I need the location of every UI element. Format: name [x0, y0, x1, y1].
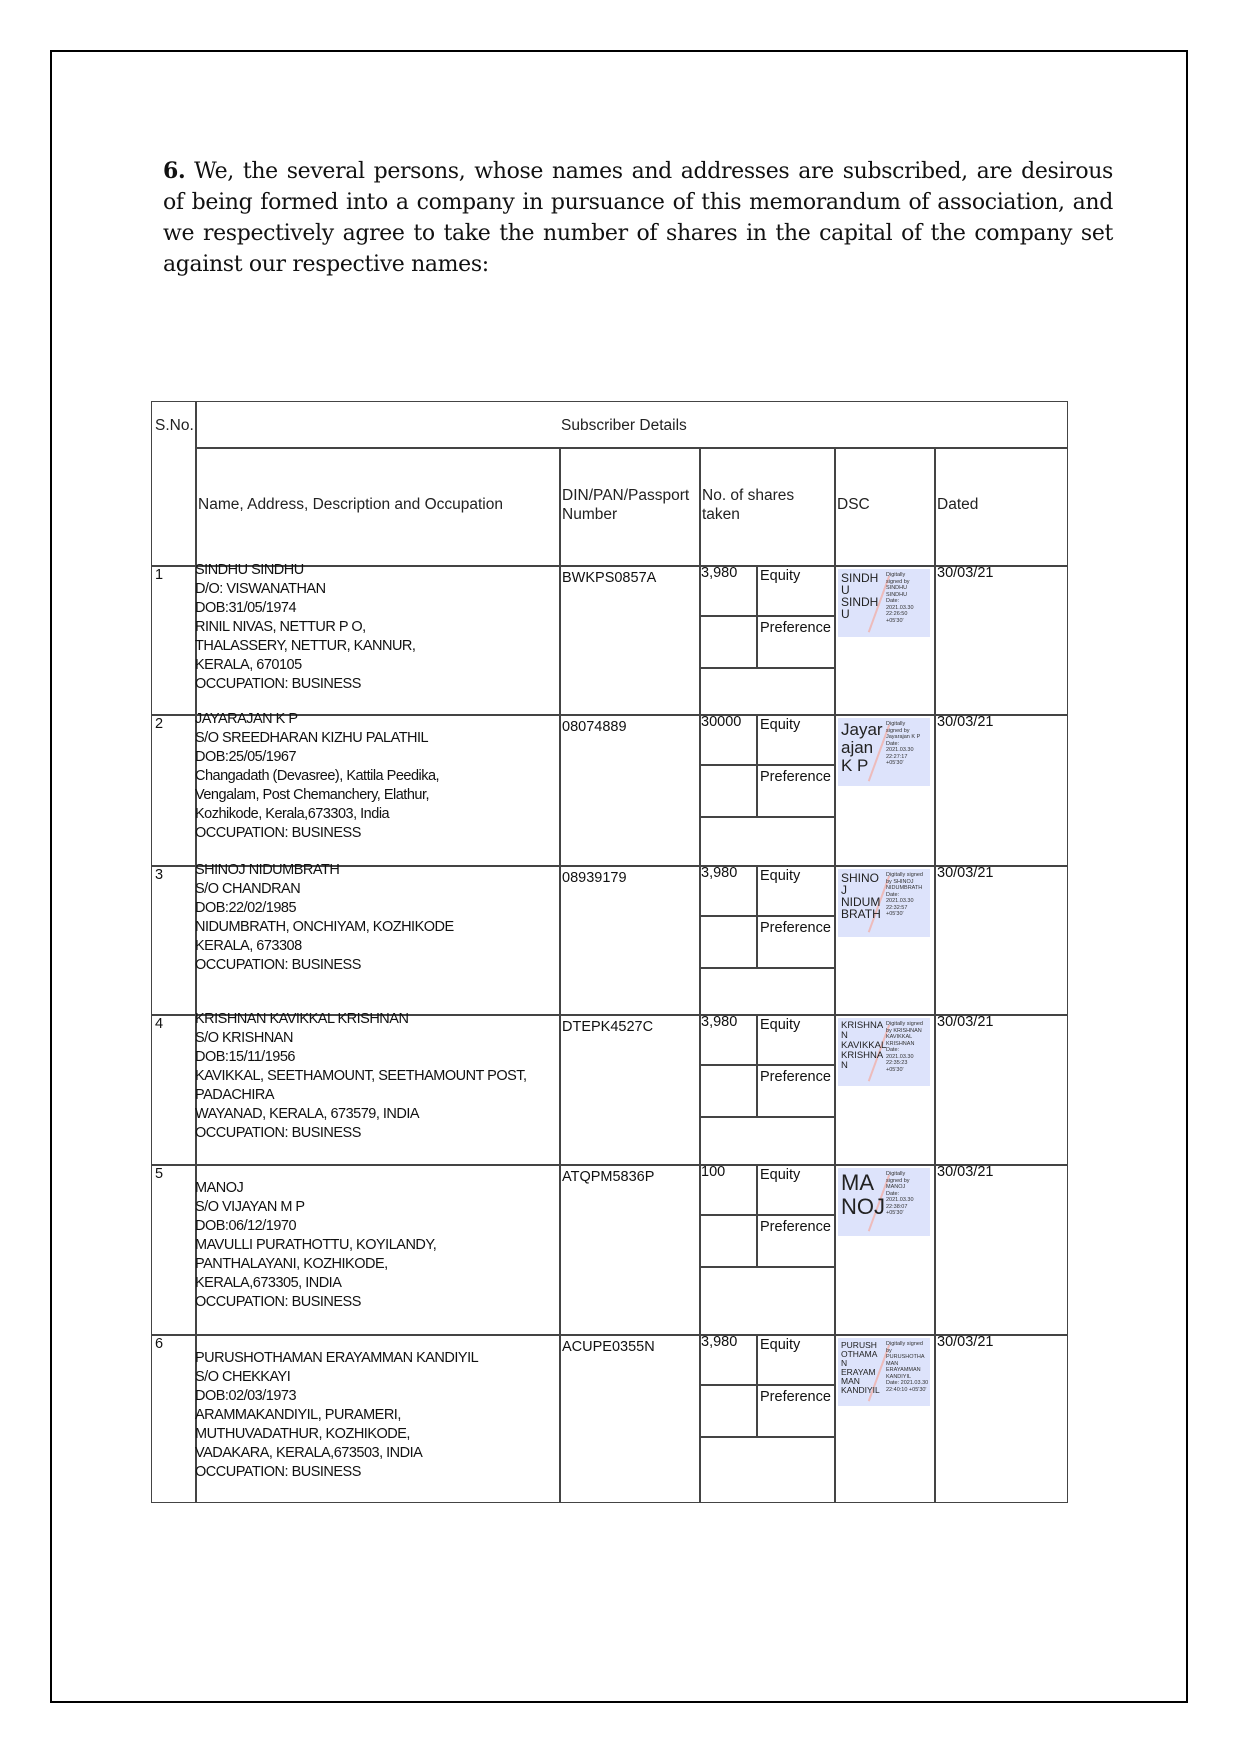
- header-name: Name, Address, Description and Occupatio…: [198, 495, 503, 514]
- header-dsc: DSC: [837, 495, 870, 514]
- detail-line: OCCUPATION: BUSINESS: [195, 675, 415, 694]
- signature-info: Digitally signed by SINDHU SINDHU Date: …: [886, 572, 914, 624]
- divider: [699, 1436, 834, 1438]
- signer-name: SHINO J NIDUM BRATH: [841, 872, 881, 920]
- signature-info: Digitally signed by SHINOJ NIDUMBRATH Da…: [886, 872, 923, 918]
- signature-info: Digitally signed by Jayarajan K P Date: …: [886, 721, 920, 767]
- detail-line: DOB:25/05/1967: [195, 748, 439, 767]
- divider: [699, 1064, 834, 1066]
- equity-shares: 3,980: [701, 864, 737, 883]
- detail-line: MAVULLI PURATHOTTU, KOYILANDY,: [195, 1236, 436, 1255]
- detail-line: MANOJ: [195, 1179, 436, 1198]
- din-pan: ATQPM5836P: [562, 1168, 654, 1187]
- divider: [699, 1266, 834, 1268]
- divider: [756, 1164, 758, 1266]
- divider: [756, 1014, 758, 1116]
- divider: [756, 565, 758, 667]
- preference-label: Preference: [760, 768, 831, 787]
- detail-line: KERALA, 670105: [195, 656, 415, 675]
- detail-line: RINIL NIVAS, NETTUR P O,: [195, 618, 415, 637]
- din-pan: DTEPK4527C: [562, 1018, 653, 1037]
- detail-line: JAYARAJAN K P: [195, 710, 439, 729]
- divider: [699, 816, 834, 818]
- detail-line: S/O SREEDHARAN KIZHU PALATHIL: [195, 729, 439, 748]
- subscriber-table: S.No. Subscriber Details Name, Address, …: [151, 401, 1068, 1503]
- divider: [699, 967, 834, 969]
- detail-line: KRISHNAN KAVIKKAL KRISHNAN: [195, 1010, 527, 1029]
- header-din: DIN/PAN/PassportNumber: [562, 486, 689, 524]
- preference-label: Preference: [760, 1388, 831, 1407]
- digital-signature-stamp[interactable]: Jayar ajan K P Digitally signed by Jayar…: [838, 718, 930, 786]
- preference-label: Preference: [760, 1068, 831, 1087]
- divider: [195, 447, 1067, 449]
- subscriber-details: SINDHU SINDHUD/O: VISWANATHANDOB:31/05/1…: [195, 561, 415, 694]
- intro-paragraph: 6. We, the several persons, whose names …: [163, 156, 1113, 280]
- din-pan: 08939179: [562, 869, 627, 888]
- row-sno: 6: [155, 1335, 163, 1354]
- detail-line: [195, 1160, 436, 1179]
- divider: [699, 915, 834, 917]
- divider: [834, 447, 836, 1502]
- header-dated: Dated: [937, 495, 978, 514]
- row-sno: 2: [155, 715, 163, 734]
- equity-shares: 3,980: [701, 1333, 737, 1352]
- detail-line: DOB:31/05/1974: [195, 599, 415, 618]
- divider: [699, 1384, 834, 1386]
- signer-name: SINDH U SINDH U: [841, 572, 878, 620]
- signer-name: MA NOJ: [841, 1171, 885, 1219]
- detail-line: KERALA, 673308: [195, 937, 454, 956]
- signature-info: Digitally signed by KRISHNAN KAVIKKAL KR…: [886, 1021, 923, 1073]
- dated: 30/03/21: [937, 864, 993, 883]
- detail-line: PANTHALAYANI, KOZHIKODE,: [195, 1255, 436, 1274]
- detail-line: PADACHIRA: [195, 1086, 527, 1105]
- divider: [699, 1116, 834, 1118]
- header-sno: S.No.: [155, 416, 194, 435]
- equity-label: Equity: [760, 1166, 800, 1185]
- detail-line: THALASSERY, NETTUR, KANNUR,: [195, 637, 415, 656]
- detail-line: DOB:06/12/1970: [195, 1217, 436, 1236]
- detail-line: S/O CHANDRAN: [195, 880, 454, 899]
- row-sno: 1: [155, 566, 163, 585]
- detail-line: PURUSHOTHAMAN ERAYAMMAN KANDIYIL: [195, 1349, 478, 1368]
- detail-line: KAVIKKAL, SEETHAMOUNT, SEETHAMOUNT POST,: [195, 1067, 527, 1086]
- digital-signature-stamp[interactable]: SINDH U SINDH U Digitally signed by SIND…: [838, 569, 930, 637]
- din-pan: 08074889: [562, 718, 627, 737]
- detail-line: OCCUPATION: BUSINESS: [195, 956, 454, 975]
- detail-line: OCCUPATION: BUSINESS: [195, 1293, 436, 1312]
- divider: [756, 714, 758, 816]
- detail-line: OCCUPATION: BUSINESS: [195, 824, 439, 843]
- detail-line: D/O: VISWANATHAN: [195, 580, 415, 599]
- dated: 30/03/21: [937, 564, 993, 583]
- detail-line: VADAKARA, KERALA,673503, INDIA: [195, 1444, 478, 1463]
- detail-line: MUTHUVADATHUR, KOZHIKODE,: [195, 1425, 478, 1444]
- digital-signature-stamp[interactable]: KRISHNA N KAVIKKAL KRISHNA N Digitally s…: [838, 1018, 930, 1086]
- equity-label: Equity: [760, 1016, 800, 1035]
- signer-name: KRISHNA N KAVIKKAL KRISHNA N: [841, 1021, 886, 1071]
- equity-shares: 3,980: [701, 1013, 737, 1032]
- detail-line: DOB:02/03/1973: [195, 1387, 478, 1406]
- equity-shares: 3,980: [701, 564, 737, 583]
- clause-number: 6.: [163, 158, 185, 184]
- detail-line: S/O CHEKKAYI: [195, 1368, 478, 1387]
- detail-line: OCCUPATION: BUSINESS: [195, 1124, 527, 1143]
- divider: [756, 1334, 758, 1436]
- equity-label: Equity: [760, 867, 800, 886]
- clause-text: We, the several persons, whose names and…: [163, 159, 1113, 277]
- digital-signature-stamp[interactable]: SHINO J NIDUM BRATH Digitally signed by …: [838, 869, 930, 937]
- row-sno: 3: [155, 866, 163, 885]
- divider: [699, 615, 834, 617]
- equity-shares: 100: [701, 1163, 725, 1182]
- divider: [934, 447, 936, 1502]
- divider: [699, 764, 834, 766]
- detail-line: KERALA,673305, INDIA: [195, 1274, 436, 1293]
- signature-info: Digitally signed by PURUSHOTHA MAN ERAYA…: [886, 1341, 928, 1393]
- subscriber-details: JAYARAJAN K PS/O SREEDHARAN KIZHU PALATH…: [195, 710, 439, 843]
- subscriber-details: KRISHNAN KAVIKKAL KRISHNANS/O KRISHNANDO…: [195, 1010, 527, 1143]
- dated: 30/03/21: [937, 1163, 993, 1182]
- digital-signature-stamp[interactable]: MA NOJ Digitally signed by MANOJ Date: 2…: [838, 1168, 930, 1236]
- detail-line: Changadath (Devasree), Kattila Peedika,: [195, 767, 439, 786]
- din-pan: BWKPS0857A: [562, 569, 656, 588]
- row-sno: 5: [155, 1165, 163, 1184]
- din-pan: ACUPE0355N: [562, 1338, 655, 1357]
- detail-line: SINDHU SINDHU: [195, 561, 415, 580]
- subscriber-details: SHINOJ NIDUMBRATHS/O CHANDRANDOB:22/02/1…: [195, 861, 454, 975]
- dated: 30/03/21: [937, 1013, 993, 1032]
- detail-line: Kozhikode, Kerala,673303, India: [195, 805, 439, 824]
- divider: [559, 447, 561, 1502]
- subscriber-details: MANOJS/O VIJAYAN M PDOB:06/12/1970MAVULL…: [195, 1160, 436, 1312]
- detail-line: WAYANAD, KERALA, 673579, INDIA: [195, 1105, 527, 1124]
- detail-line: ARAMMAKANDIYIL, PURAMERI,: [195, 1406, 478, 1425]
- signer-name: Jayar ajan K P: [841, 721, 883, 775]
- divider: [756, 865, 758, 967]
- equity-label: Equity: [760, 716, 800, 735]
- equity-shares: 30000: [701, 713, 741, 732]
- detail-line: SHINOJ NIDUMBRATH: [195, 861, 454, 880]
- detail-line: OCCUPATION: BUSINESS: [195, 1463, 478, 1482]
- detail-line: DOB:15/11/1956: [195, 1048, 527, 1067]
- dated: 30/03/21: [937, 713, 993, 732]
- subscriber-details: PURUSHOTHAMAN ERAYAMMAN KANDIYILS/O CHEK…: [195, 1330, 478, 1482]
- signer-name: PURUSH OTHAMA N ERAYAM MAN KANDIYIL: [841, 1341, 880, 1395]
- signature-info: Digitally signed by MANOJ Date: 2021.03.…: [886, 1171, 914, 1217]
- digital-signature-stamp[interactable]: PURUSH OTHAMA N ERAYAM MAN KANDIYIL Digi…: [838, 1338, 930, 1406]
- detail-line: [195, 1330, 478, 1349]
- row-sno: 4: [155, 1015, 163, 1034]
- equity-label: Equity: [760, 1336, 800, 1355]
- divider: [699, 1214, 834, 1216]
- detail-line: Vengalam, Post Chemanchery, Elathur,: [195, 786, 439, 805]
- header-shares: No. of sharestaken: [702, 486, 794, 524]
- detail-line: S/O VIJAYAN M P: [195, 1198, 436, 1217]
- dated: 30/03/21: [937, 1333, 993, 1352]
- detail-line: S/O KRISHNAN: [195, 1029, 527, 1048]
- detail-line: DOB:22/02/1985: [195, 899, 454, 918]
- detail-line: NIDUMBRATH, ONCHIYAM, KOZHIKODE: [195, 918, 454, 937]
- header-subscriber-details: Subscriber Details: [561, 416, 687, 435]
- preference-label: Preference: [760, 919, 831, 938]
- preference-label: Preference: [760, 619, 831, 638]
- equity-label: Equity: [760, 567, 800, 586]
- divider: [699, 667, 834, 669]
- preference-label: Preference: [760, 1218, 831, 1237]
